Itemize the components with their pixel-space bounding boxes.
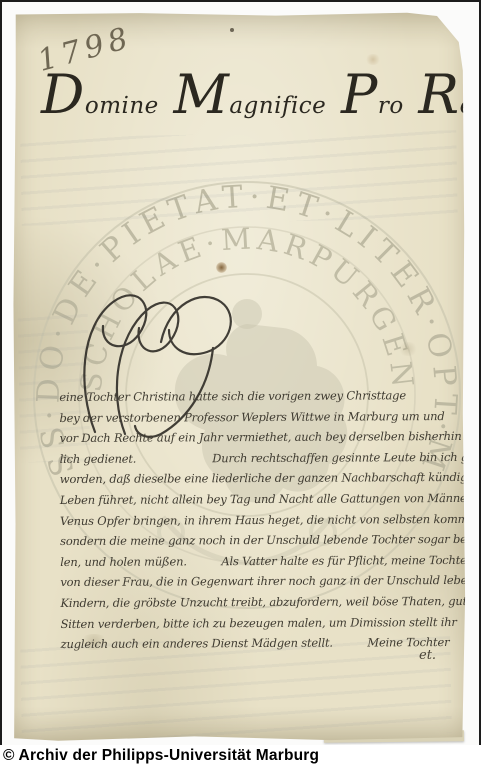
- scanned-document-view: SS·DO·DE·PIETAT·ET·LITER·OPT·M SCHOLAE·M…: [0, 0, 481, 768]
- ink-speck: [230, 28, 234, 32]
- manuscript-line: len, und holen müßen. Als Vatter halte e…: [60, 550, 464, 573]
- manuscript-line: sondern die meine ganz noch in der Unsch…: [60, 529, 464, 552]
- manuscript-line: von dieser Frau, die in Gegenwart ihrer …: [60, 570, 464, 593]
- manuscript-line: Venus Opfer bringen, in ihrem Haus heget…: [60, 509, 464, 532]
- manuscript-line: Kindern, die gröbste Unzucht treibt, abz…: [60, 591, 464, 614]
- copyright-caption: © Archiv der Philipps-Universität Marbur…: [0, 745, 481, 765]
- manuscript-line: worden, daß dieselbe eine liederliche de…: [60, 467, 464, 490]
- manuscript-line: Sitten verderben, bitte ich zu bezeugen …: [60, 611, 464, 634]
- manuscript-page: SS·DO·DE·PIETAT·ET·LITER·OPT·M SCHOLAE·M…: [13, 12, 466, 743]
- manuscript-line: zugleich auch ein anderes Dienst Mädgen …: [61, 632, 465, 655]
- manuscript-body: eine Tochter Christina hatte sich die vo…: [59, 385, 464, 655]
- manuscript-line: Leben führet, nicht allein bey Tag und N…: [60, 488, 464, 511]
- fox-spot: [216, 262, 227, 273]
- salutation-word: Magnifice: [173, 72, 326, 129]
- manuscript-line: lich gedienet. Durch rechtschaffen gesin…: [60, 447, 464, 470]
- salutation-line: Domine Magnifice Pro Rector: [41, 72, 443, 129]
- manuscript-line: eine Tochter Christina hatte sich die vo…: [59, 385, 463, 408]
- faint-stain-right: [398, 342, 418, 356]
- caption-bar: © Archiv der Philipps-Universität Marbur…: [0, 745, 481, 768]
- closing-mark: et.: [419, 648, 436, 663]
- salutation-word: Rector: [418, 72, 481, 129]
- photo-frame: SS·DO·DE·PIETAT·ET·LITER·OPT·M SCHOLAE·M…: [0, 0, 481, 745]
- salutation-word: Pro: [341, 72, 404, 129]
- manuscript-line: vor Dach Rechte auf ein Jahr vermiethet,…: [60, 426, 464, 449]
- ink-bleedthrough-top: [20, 130, 457, 226]
- salutation-word: Domine: [41, 72, 159, 129]
- manuscript-line: bey der verstorbenen Professor Weplers W…: [59, 406, 463, 429]
